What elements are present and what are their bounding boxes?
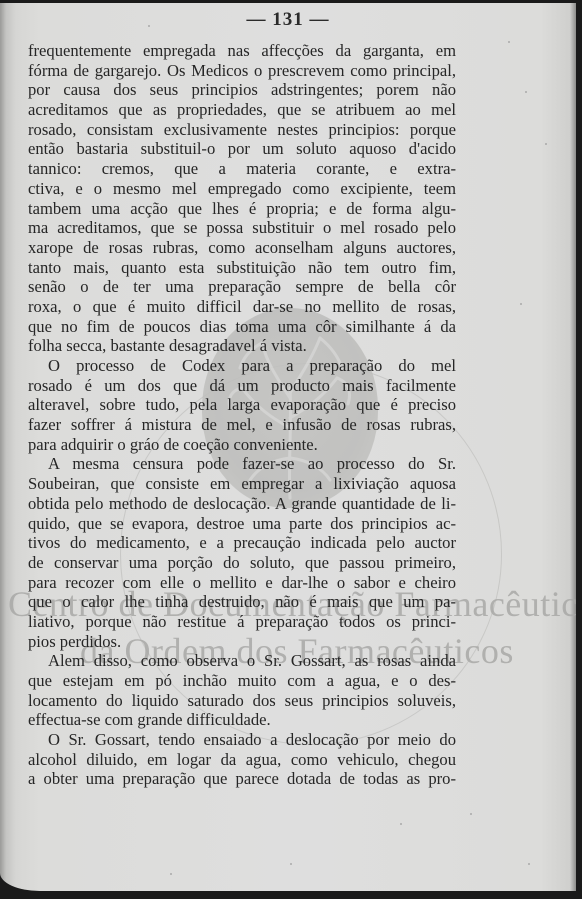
- paragraph-end-line: folha secca, bastante desagradavel á vis…: [28, 336, 456, 356]
- paragraph-start-line: O processo de Codex para a preparação do…: [28, 356, 456, 376]
- text-line: que no fim de poucos dias toma uma côr s…: [28, 317, 456, 337]
- text-line: fazer soffrer á mistura de mel, e infusã…: [28, 415, 456, 435]
- text-line: por causa dos seus principios adstringen…: [28, 80, 456, 100]
- paragraph-start-line: O Sr. Gossart, tendo ensaiado a deslocaç…: [28, 730, 456, 750]
- text-line: Soubeiran, que consiste em empregar a li…: [28, 474, 456, 494]
- text-line: senão o de ter uma preparação sempre de …: [28, 277, 456, 297]
- text-line: para recozer com elle o mellito e dar-lh…: [28, 573, 456, 593]
- text-line: alcohol diluido, em logar da agua, como …: [28, 750, 456, 770]
- text-line: obtida pelo methodo de deslocação. A gra…: [28, 494, 456, 514]
- paper-speck: [400, 823, 402, 825]
- paragraph-end-line: para adquirir o gráo de coeção convenien…: [28, 435, 456, 455]
- text-line: a obter uma preparação que parece dotada…: [28, 769, 456, 789]
- paper-speck: [545, 143, 547, 145]
- text-line: tivos do medicamento, e a precaução indi…: [28, 533, 456, 553]
- text-line: xarope de rosas rubras, como aconselham …: [28, 238, 456, 258]
- paragraph-end-line: effectua-se com grande difficuldade.: [28, 710, 456, 730]
- page-number: — 131 —: [0, 9, 576, 31]
- text-line: quido, que se evapora, destroe uma parte…: [28, 514, 456, 534]
- text-line: locamento do liquido saturado dos seus p…: [28, 691, 456, 711]
- text-line: de conservar uma porção do soluto, que p…: [28, 553, 456, 573]
- text-line: tannico: cremos, que a materia corante, …: [28, 159, 456, 179]
- text-line: fórma de gargarejo. Os Medicos o prescre…: [28, 61, 456, 81]
- text-line: frequentemente empregada nas affecções d…: [28, 41, 456, 61]
- text-line: rosado é um dos que dá um producto mais …: [28, 376, 456, 396]
- paragraph-start-line: Alem disso, como observa o Sr. Gossart, …: [28, 651, 456, 671]
- text-line: tambem uma acção que lhes é propria; e d…: [28, 199, 456, 219]
- paragraph-start-line: A mesma censura pode fazer-se ao process…: [28, 454, 456, 474]
- text-line: rosado, consistam exclusivamente nestes …: [28, 120, 456, 140]
- paper-speck: [520, 303, 522, 305]
- body-text: frequentemente empregada nas affecções d…: [28, 41, 456, 789]
- paper-speck: [170, 873, 172, 875]
- paper-speck: [508, 41, 510, 43]
- text-line: então bastaria substituil-o por um solut…: [28, 139, 456, 159]
- text-line: roxa, o que é muito difficil dar-se no m…: [28, 297, 456, 317]
- paper-speck: [528, 863, 530, 865]
- book-page: Centro de Documentação Farmacêutica da O…: [0, 3, 576, 891]
- text-line: acreditamos que as propriedades, que se …: [28, 100, 456, 120]
- text-line: ma acreditamos, que se possa substituir …: [28, 218, 456, 238]
- text-line: tanto mais, quanto esta substituição não…: [28, 258, 456, 278]
- paragraph-end-line: pios perdidos.: [28, 632, 456, 652]
- text-line: liativo, porque não restitue á preparaçã…: [28, 612, 456, 632]
- text-line: que o calor lhe tinha destruido, não é m…: [28, 592, 456, 612]
- text-line: alteravel, sobre tudo, pela larga evapor…: [28, 395, 456, 415]
- text-line: ctiva, e o mesmo mel empregado como exci…: [28, 179, 456, 199]
- text-line: que estejam em pó inchão muito com a agu…: [28, 671, 456, 691]
- paper-speck: [290, 863, 292, 865]
- paper-speck: [470, 813, 472, 815]
- paper-speck: [525, 91, 527, 93]
